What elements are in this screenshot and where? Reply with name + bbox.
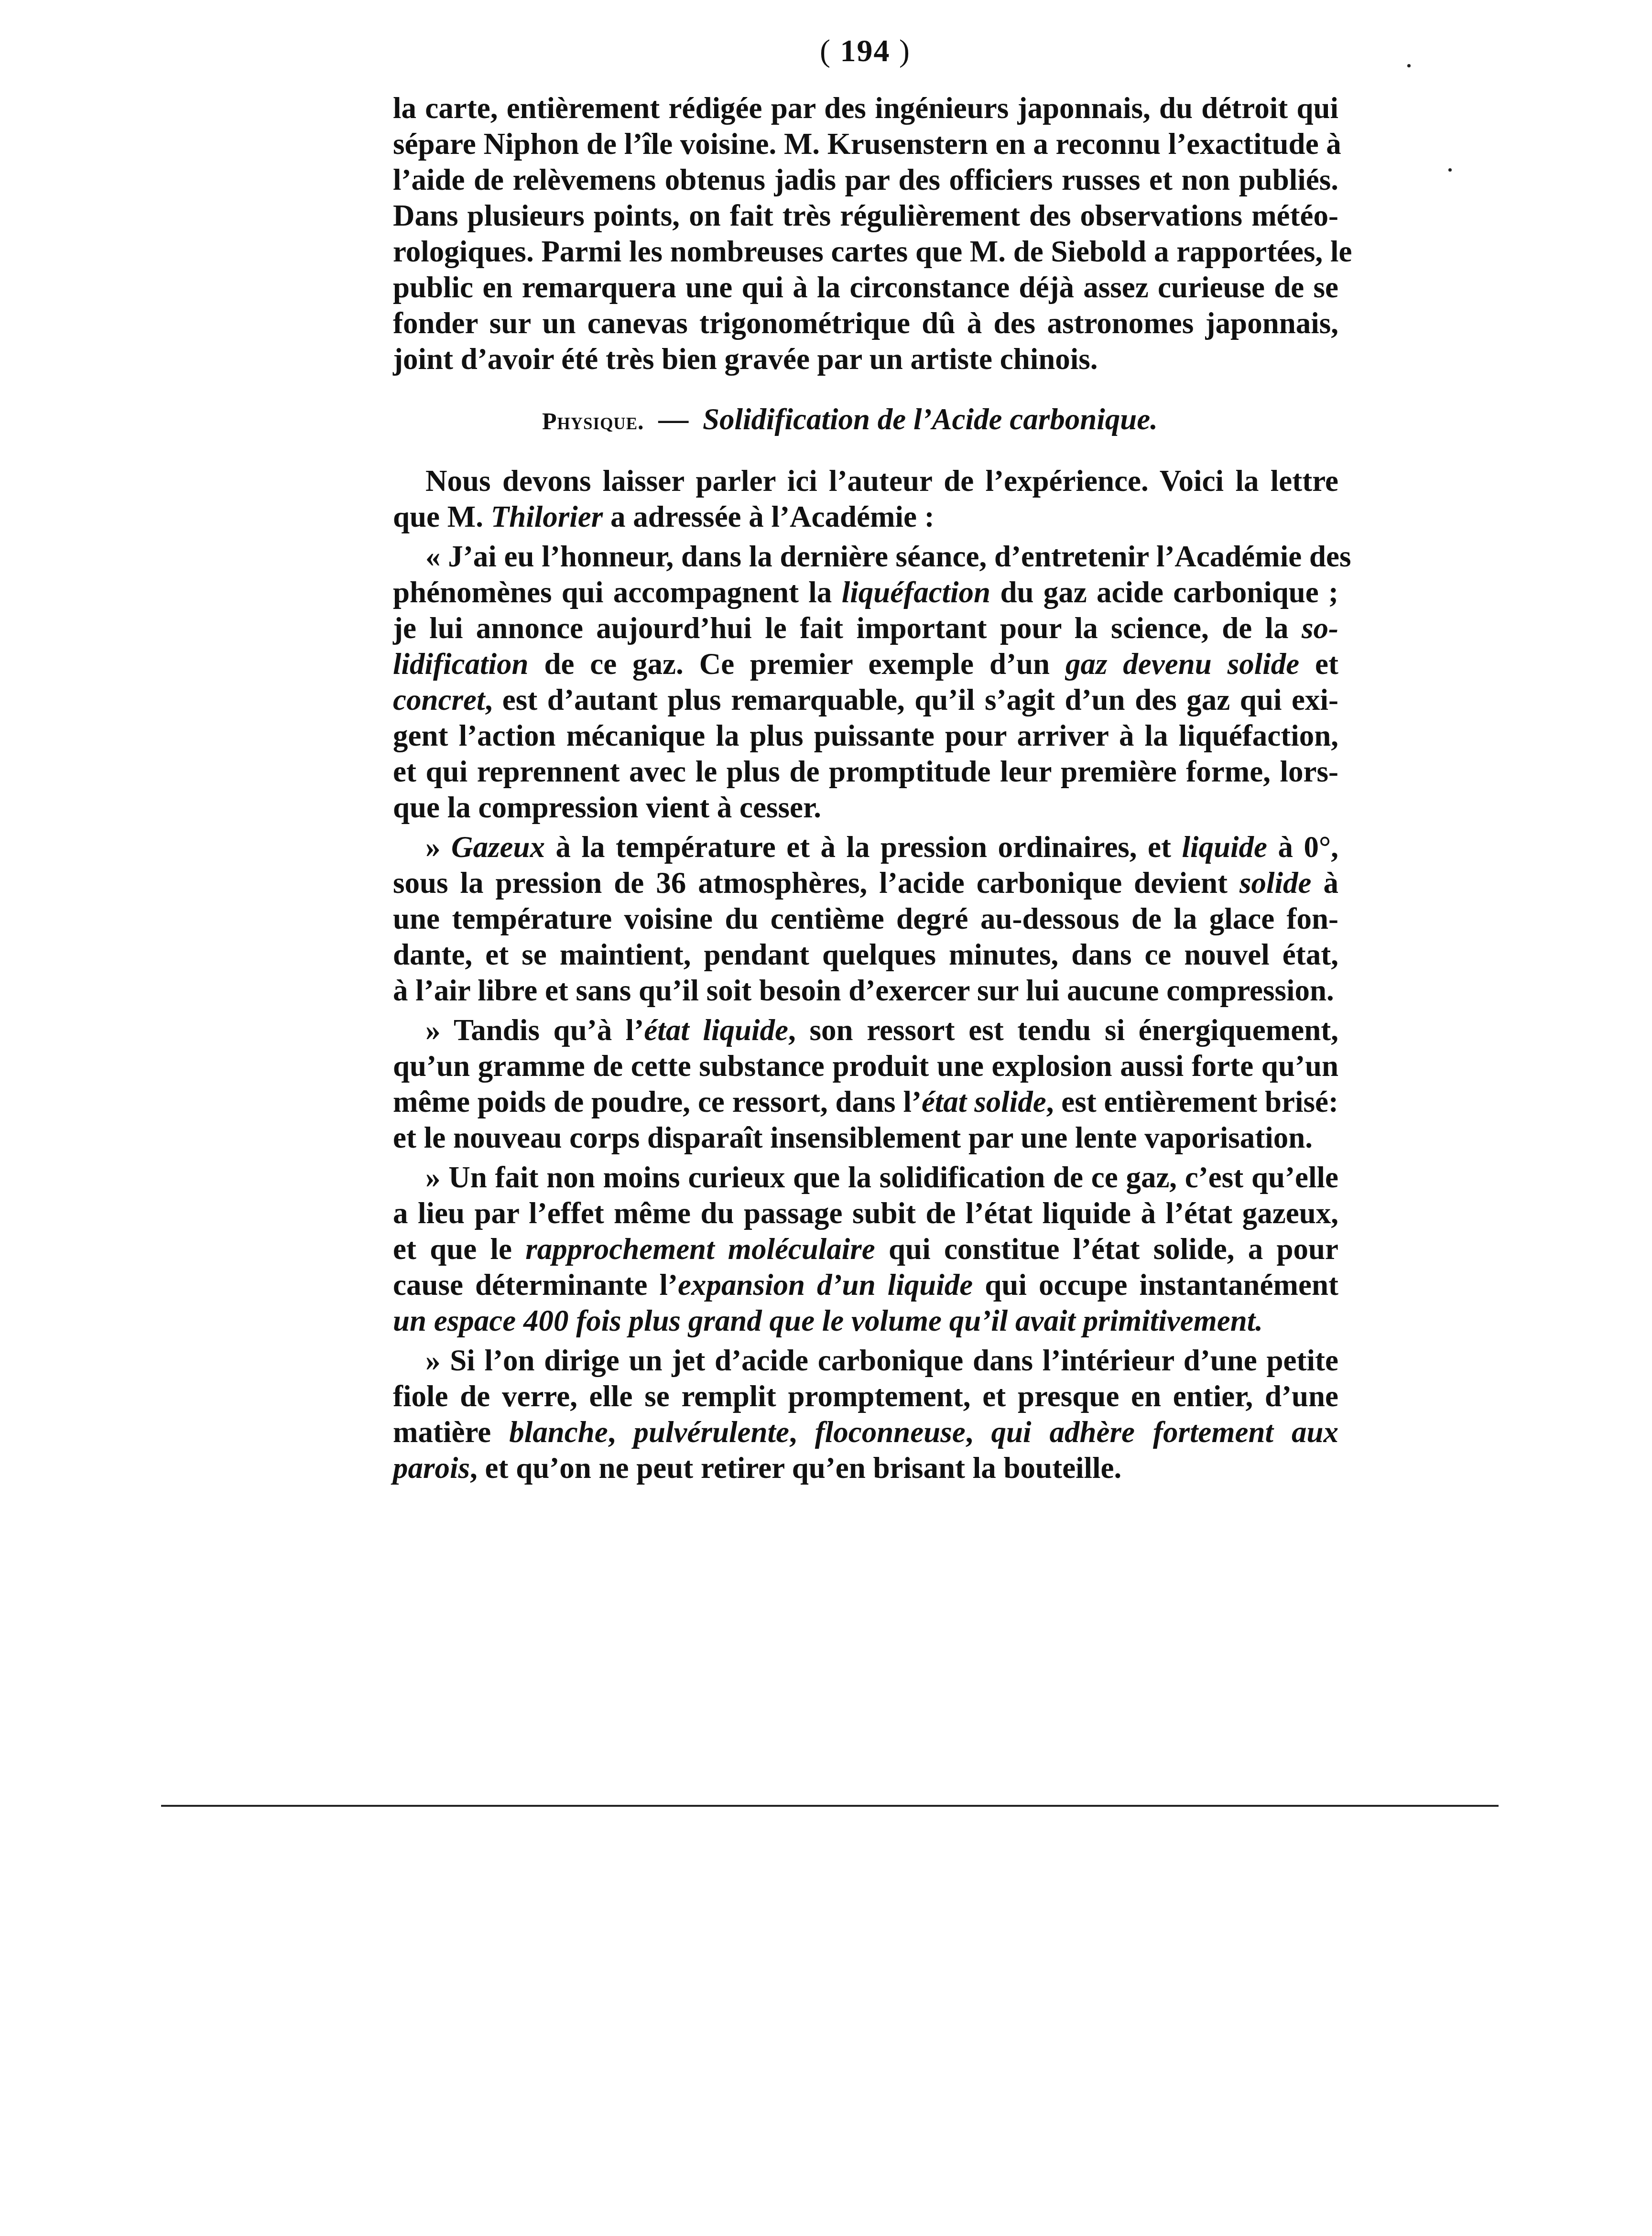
text-segment: à l’air libre et sans qu’il soit besoin … (393, 974, 1334, 1007)
text-segment: qui occupe instantanément (973, 1268, 1338, 1302)
text-segment: fonder sur un canevas trigonométrique dû… (393, 306, 1338, 340)
text-line: concret, est d’autant plus remarquable, … (393, 682, 1338, 718)
italic-text: blanche (509, 1415, 608, 1449)
text-line: » Si l’on dirige un jet d’acide carboniq… (393, 1343, 1338, 1379)
text-line: gent l’action mécanique la plus puissant… (393, 718, 1338, 754)
text-segment: qui constitue l’état solide, a pour (875, 1232, 1338, 1266)
section-label: Physique. (542, 408, 644, 434)
text-segment: à la température et à la pression ordina… (545, 830, 1182, 864)
italic-text: Gazeux (451, 830, 545, 864)
text-line: même poids de poudre, ce ressort, dans l… (393, 1084, 1338, 1120)
text-segment: l’aide de relèvemens obtenus jadis par d… (393, 163, 1338, 196)
text-segment: Dans plusieurs points, on fait très régu… (393, 199, 1338, 232)
page-number-open-paren: ( (820, 33, 831, 68)
footer-rule (161, 1805, 1499, 1807)
text-line: une température voisine du centième degr… (393, 901, 1338, 937)
text-segment: et qui reprennent avec le plus de prompt… (393, 755, 1338, 788)
text-line: » Gazeux à la température et à la pressi… (393, 829, 1338, 865)
text-segment: , et qu’on ne peut retirer qu’en brisant… (470, 1451, 1121, 1485)
text-line: l’aide de relèvemens obtenus jadis par d… (393, 162, 1338, 198)
text-segment: cause déterminante l’ (393, 1268, 678, 1302)
text-line: que M. Thilorier a adressée à l’Académie… (393, 499, 1338, 535)
text-segment: , (608, 1415, 634, 1449)
text-segment: joint d’avoir été très bien gravée par u… (393, 342, 1098, 376)
text-segment: et que le (393, 1232, 525, 1266)
text-line: matière blanche, pulvérulente, floconneu… (393, 1414, 1338, 1450)
italic-text: so- (1302, 611, 1338, 645)
text-segment: , (966, 1415, 991, 1449)
italic-text: parois (393, 1451, 470, 1485)
page-number-close-paren: ) (899, 33, 911, 68)
text-segment: qu’un gramme de cette substance produit … (393, 1049, 1338, 1083)
italic-text: qui adhère fortement aux (991, 1415, 1338, 1449)
text-line: joint d’avoir été très bien gravée par u… (393, 341, 1338, 377)
text-line: et le nouveau corps disparaît insensible… (393, 1120, 1338, 1156)
text-segment: la carte, entièrement rédigée par des in… (393, 91, 1338, 125)
continuation-paragraph: la carte, entièrement rédigée par des in… (393, 90, 1338, 377)
text-line: parois, et qu’on ne peut retirer qu’en b… (393, 1450, 1338, 1486)
italic-text: état solide (922, 1085, 1046, 1118)
italic-text: pulvérulente (633, 1415, 789, 1449)
text-line: phénomènes qui accompagnent la liquéfact… (393, 575, 1338, 610)
text-line: et que le rapprochement moléculaire qui … (393, 1231, 1338, 1267)
text-line: » Tandis qu’à l’état liquide, son ressor… (393, 1012, 1338, 1048)
text-segment: rologiques. Parmi les nombreuses cartes … (393, 235, 1352, 268)
text-segment: je lui annonce aujourd’hui le fait impor… (393, 611, 1302, 645)
text-segment: » (425, 830, 451, 864)
text-line: à l’air libre et sans qu’il soit besoin … (393, 973, 1338, 1009)
text-segment: de ce gaz. Ce premier exemple d’un (529, 647, 1065, 681)
page-number: ( 194 ) (770, 30, 961, 73)
text-segment: même poids de poudre, ce ressort, dans l… (393, 1085, 922, 1118)
text-segment: public en remarquera une qui à la circon… (393, 271, 1338, 304)
italic-text: un espace 400 (393, 1304, 576, 1337)
text-segment: » Tandis qu’à l’ (425, 1013, 644, 1047)
scan-speck (1448, 168, 1452, 172)
article-body: Nous devons laisser parler ici l’auteur … (393, 463, 1338, 1486)
text-segment: , est d’autant plus remarquable, qu’il s… (485, 683, 1338, 716)
text-line: un espace 400 fois plus grand que le vol… (393, 1303, 1338, 1339)
italic-text: concret (393, 683, 485, 716)
text-segment: sous la pression de 36 atmosphères, l’ac… (393, 866, 1239, 900)
text-line: lidification de ce gaz. Ce premier exemp… (393, 646, 1338, 682)
text-segment: sépare Niphon de l’île voisine. M. Kruse… (393, 127, 1341, 161)
italic-text: fois plus grand que le volume qu’il avai… (576, 1304, 1263, 1337)
text-line: Nous devons laisser parler ici l’auteur … (393, 463, 1338, 499)
text-line: je lui annonce aujourd’hui le fait impor… (393, 610, 1338, 646)
text-line: cause déterminante l’expansion d’un liqu… (393, 1267, 1338, 1303)
text-segment: dante, et se maintient, pendant quelques… (393, 938, 1338, 971)
text-line: dante, et se maintient, pendant quelques… (393, 937, 1338, 973)
text-line: « J’ai eu l’honneur, dans la dernière sé… (393, 539, 1338, 575)
text-line: la carte, entièrement rédigée par des in… (393, 90, 1338, 126)
text-line: et qui reprennent avec le plus de prompt… (393, 754, 1338, 790)
text-line: public en remarquera une qui à la circon… (393, 270, 1338, 305)
text-segment: du gaz acide carbonique ; (990, 575, 1338, 609)
text-segment: a adressée à l’Académie : (603, 500, 934, 533)
text-line: fonder sur un canevas trigonométrique dû… (393, 305, 1338, 341)
text-line: » Un fait non moins curieux que la solid… (393, 1160, 1338, 1195)
italic-text: état liquide (644, 1013, 788, 1047)
italic-text: floconneuse (815, 1415, 966, 1449)
italic-text: gaz devenu solide (1065, 647, 1299, 681)
text-segment: fiole de verre, elle se remplit promptem… (393, 1379, 1338, 1413)
text-segment: Nous devons laisser parler ici l’auteur … (425, 464, 1338, 498)
scan-speck (1407, 64, 1411, 67)
italic-text: rapprochement moléculaire (525, 1232, 875, 1266)
text-line: Dans plusieurs points, on fait très régu… (393, 198, 1338, 234)
text-segment: gent l’action mécanique la plus puissant… (393, 719, 1338, 752)
text-segment: « J’ai eu l’honneur, dans la dernière sé… (425, 540, 1351, 573)
italic-text: liquéfaction (842, 575, 991, 609)
text-segment: une température voisine du centième degr… (393, 902, 1338, 935)
text-segment: , est entièrement brisé: (1046, 1085, 1338, 1118)
text-segment: a lieu par l’effet même du passage subit… (393, 1196, 1338, 1230)
text-segment: et (1299, 647, 1338, 681)
page-number-value: 194 (840, 33, 891, 68)
italic-text: Thilorier (491, 500, 603, 533)
text-line: sous la pression de 36 atmosphères, l’ac… (393, 865, 1338, 901)
text-segment: à 0°, (1267, 830, 1338, 864)
text-segment: matière (393, 1415, 509, 1449)
text-line: sépare Niphon de l’île voisine. M. Kruse… (393, 126, 1338, 162)
text-line: rologiques. Parmi les nombreuses cartes … (393, 234, 1338, 270)
text-line: fiole de verre, elle se remplit promptem… (393, 1379, 1338, 1414)
text-segment: et le nouveau corps disparaît insensible… (393, 1121, 1313, 1154)
italic-text: liquide (1182, 830, 1268, 864)
text-line: a lieu par l’effet même du passage subit… (393, 1195, 1338, 1231)
text-segment: que M. (393, 500, 491, 533)
text-line: que la compression vient à cesser. (393, 790, 1338, 825)
italic-text: expansion d’un liquide (678, 1268, 973, 1302)
italic-text: lidification (393, 647, 529, 681)
section-heading: Physique. — Solidification de l’Acide ca… (542, 402, 1192, 437)
heading-dash: — (658, 402, 688, 436)
text-segment: à (1312, 866, 1338, 900)
italic-text: solide (1239, 866, 1312, 900)
text-segment: que la compression vient à cesser. (393, 791, 821, 824)
text-segment: , son ressort est tendu si énergiquement… (788, 1013, 1338, 1047)
text-segment: » Si l’on dirige un jet d’acide carboniq… (425, 1344, 1338, 1377)
text-segment: , (789, 1415, 815, 1449)
text-segment: » Un fait non moins curieux que la solid… (425, 1161, 1338, 1194)
text-segment: phénomènes qui accompagnent la (393, 575, 842, 609)
text-line: qu’un gramme de cette substance produit … (393, 1048, 1338, 1084)
section-title: Solidification de l’Acide carbonique. (703, 402, 1158, 436)
